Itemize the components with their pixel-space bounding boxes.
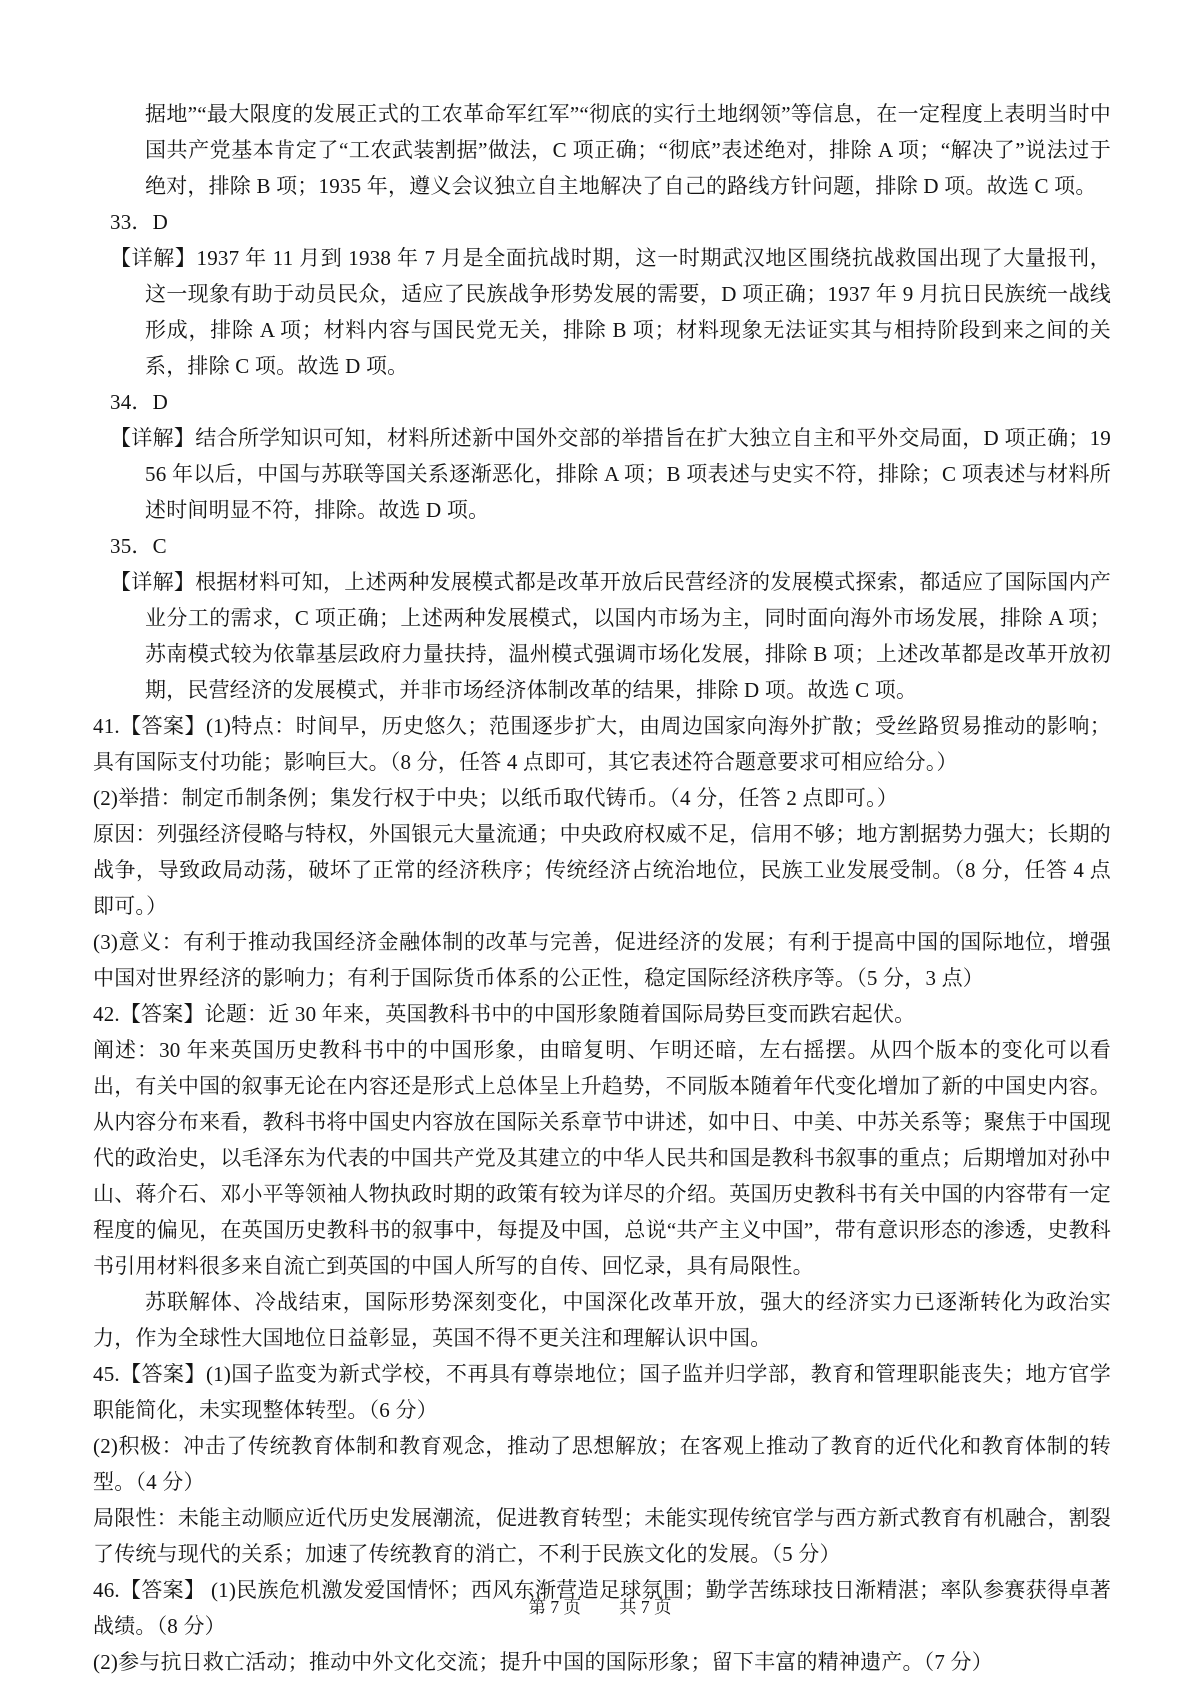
answer-paragraph-42-closing: 苏联解体、冷战结束，国际形势深刻变化，中国深化改革开放，强大的经济实力已逐渐转化… <box>93 1284 1111 1356</box>
answer-paragraph-41-2-reason: 原因：列强经济侵略与特权，外国银元大量流通；中央政府权威不足，信用不够；地方割据… <box>93 816 1111 924</box>
page-number-total: 共 7 页 <box>619 1594 672 1619</box>
answer-number-35: 35．C <box>93 528 1111 564</box>
answer-number-33: 33．D <box>93 204 1111 240</box>
answer-paragraph-41-2: (2)举措：制定币制条例；集发行权于中央；以纸币取代铸币。（4 分，任答 2 点… <box>93 780 1111 816</box>
page-number-current: 第 7 页 <box>529 1594 582 1619</box>
answer-paragraph-45-1: 45.【答案】(1)国子监变为新式学校，不再具有尊崇地位；国子监并归学部，教育和… <box>93 1356 1111 1428</box>
detail-paragraph-33: 【详解】1937 年 11 月到 1938 年 7 月是全面抗战时期，这一时期武… <box>93 240 1111 384</box>
answer-paragraph-41-3: (3)意义：有利于推动我国经济金融体制的改革与完善，促进经济的发展；有利于提高中… <box>93 924 1111 996</box>
detail-continuation-paragraph: 据地”“最大限度的发展正式的工农革命军红军”“彻底的实行土地纲领”等信息，在一定… <box>93 96 1111 204</box>
answer-paragraph-41-1: 41.【答案】(1)特点：时间早，历史悠久；范围逐步扩大，由周边国家向海外扩散；… <box>93 708 1111 780</box>
answer-sheet-page: 据地”“最大限度的发展正式的工农革命军红军”“彻底的实行土地纲领”等信息，在一定… <box>93 96 1111 1680</box>
answer-paragraph-45-2: (2)积极：冲击了传统教育体制和教育观念，推动了思想解放；在客观上推动了教育的近… <box>93 1428 1111 1500</box>
answer-paragraph-42-body: 阐述：30 年来英国历史教科书中的中国形象，由暗复明、乍明还暗，左右摇摆。从四个… <box>93 1032 1111 1284</box>
detail-paragraph-34: 【详解】结合所学知识可知，材料所述新中国外交部的举措旨在扩大独立自主和平外交局面… <box>93 420 1111 528</box>
detail-paragraph-35: 【详解】根据材料可知，上述两种发展模式都是改革开放后民营经济的发展模式探索，都适… <box>93 564 1111 708</box>
answer-paragraph-45-limits: 局限性：未能主动顺应近代历史发展潮流，促进教育转型；未能实现传统官学与西方新式教… <box>93 1500 1111 1572</box>
answer-paragraph-42-topic: 42.【答案】论题：近 30 年来，英国教科书中的中国形象随着国际局势巨变而跌宕… <box>93 996 1111 1032</box>
answer-number-34: 34．D <box>93 384 1111 420</box>
page-footer: 第 7 页共 7 页 <box>0 1594 1200 1619</box>
answer-paragraph-46-2: (2)参与抗日救亡活动；推动中外文化交流；提升中国的国际形象；留下丰富的精神遗产… <box>93 1644 1111 1680</box>
